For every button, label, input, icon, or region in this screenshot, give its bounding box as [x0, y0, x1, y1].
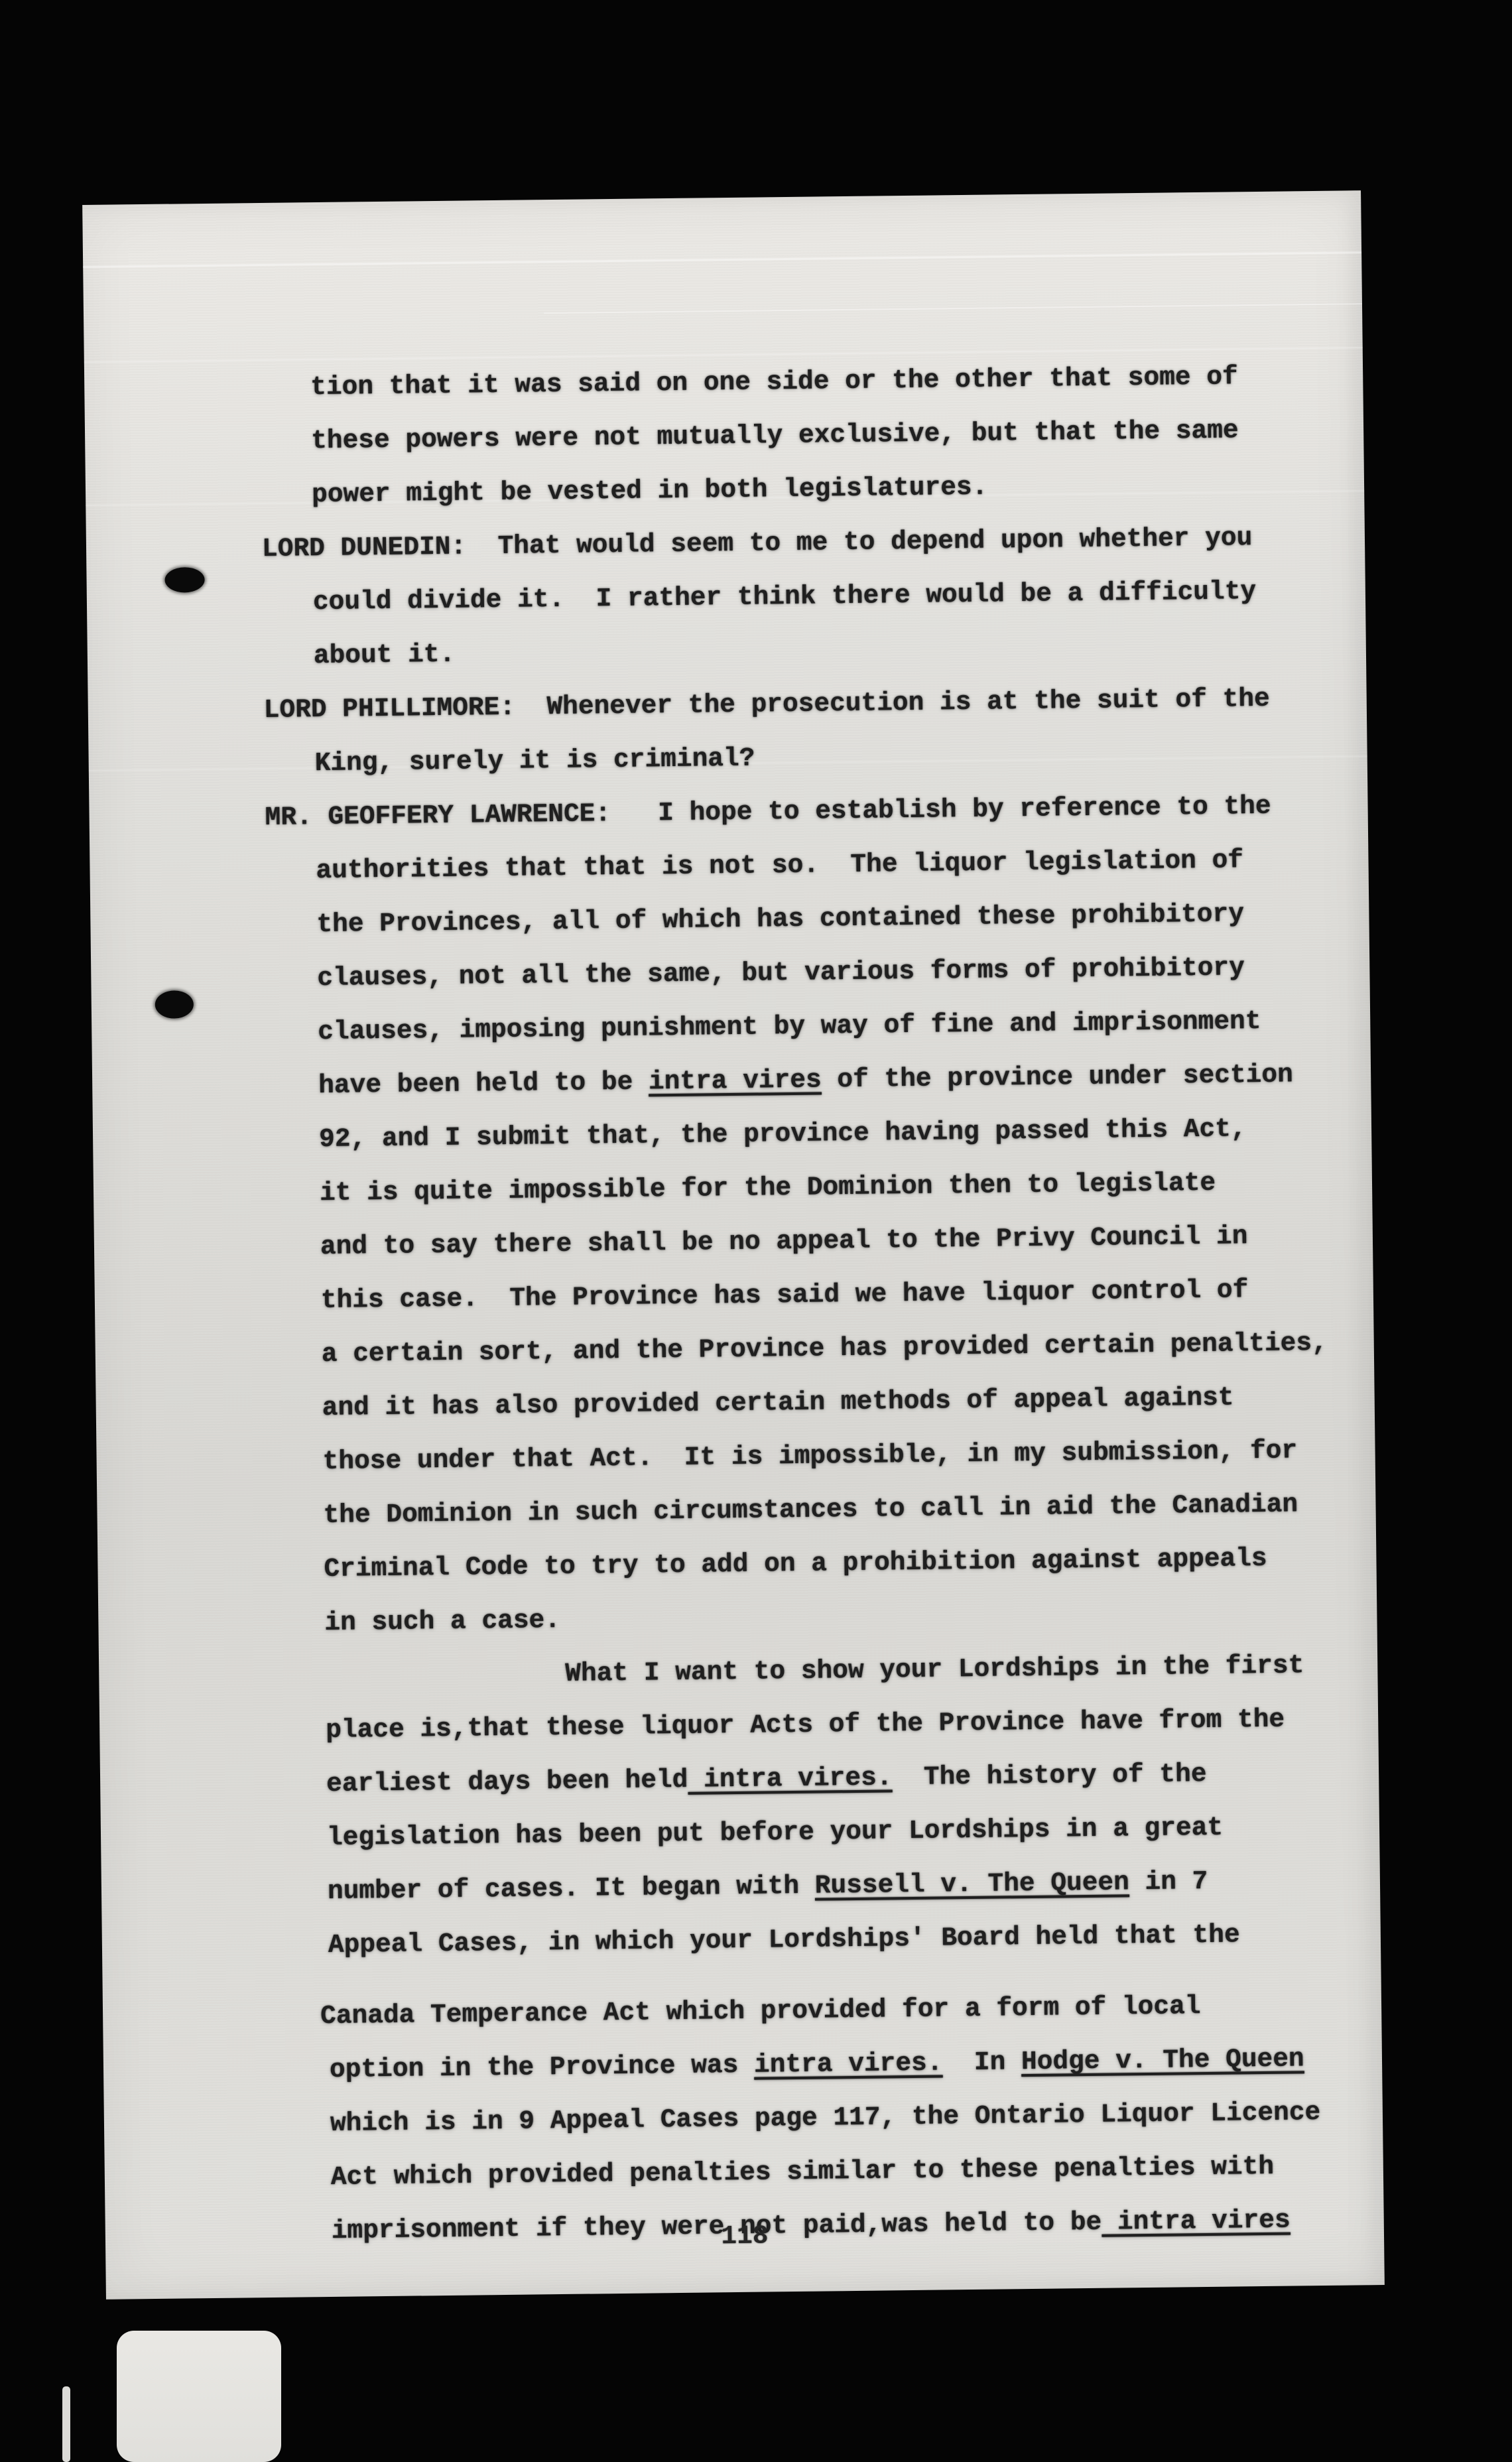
- text-run: The history of the: [892, 1759, 1207, 1792]
- underlined-phrase: Hodge v. The Queen: [1021, 2043, 1304, 2077]
- transcript-line: Appeal Cases, in which your Lordships' B…: [328, 1906, 1381, 1972]
- underlined-phrase: intra vires.: [754, 2048, 943, 2080]
- text-run: Act which provided penalties similar to …: [331, 2152, 1275, 2192]
- text-run: in 7: [1129, 1866, 1208, 1897]
- text-run: authorities that that is not so. The liq…: [316, 845, 1243, 885]
- text-run: and to say there shall be no appeal to t…: [320, 1221, 1248, 1262]
- text-run: which is in 9 Appeal Cases page 117, the…: [330, 2097, 1321, 2138]
- text-run: legislation has been put before your Lor…: [327, 1813, 1224, 1852]
- text-run: In: [942, 2047, 1021, 2077]
- underlined-phrase: Russell v. The Queen: [815, 1867, 1130, 1900]
- text-run: Canada Temperance Act which provided for…: [320, 1991, 1201, 2031]
- underlined-phrase: intra vires.: [688, 1762, 893, 1794]
- text-run: this case. The Province has said we have…: [321, 1275, 1249, 1315]
- transcript-text: tion that it was said on one side or the…: [84, 348, 1384, 2260]
- text-run: in such a case.: [324, 1605, 560, 1638]
- text-run: MR. GEOFFERY LAWRENCE: I hope to establi…: [265, 791, 1271, 832]
- text-run: What I want to show your Lordships in th…: [565, 1650, 1304, 1689]
- text-run: King, surely it is criminal?: [314, 744, 755, 779]
- underlined-phrase: intra vires: [649, 1065, 822, 1096]
- transcript-line: What I want to show your Lordships in th…: [565, 1638, 1378, 1701]
- text-run: 92, and I submit that, the province havi…: [319, 1114, 1247, 1154]
- text-run: a certain sort, and the Province has pro…: [322, 1328, 1328, 1369]
- text-run: could divide it. I rather think there wo…: [313, 576, 1257, 617]
- text-run: power might be vested in both legislatur…: [312, 472, 988, 510]
- text-run: it is quite impossible for the Dominion …: [320, 1168, 1216, 1208]
- text-run: and it has also provided certain methods…: [322, 1382, 1233, 1423]
- text-run: these powers were not mutually exclusive…: [311, 415, 1239, 456]
- paper-edge-sliver: [62, 2386, 70, 2462]
- text-run: about it.: [314, 639, 456, 671]
- scan-streak: [544, 303, 1362, 314]
- text-run: Appeal Cases, in which your Lordships' B…: [328, 1919, 1240, 1960]
- paper-strip: [117, 2331, 281, 2462]
- text-run: tion that it was said on one side or the…: [310, 361, 1238, 402]
- text-run: have been held to be: [318, 1067, 649, 1100]
- text-run: LORD PHILLIMORE: Whenever the prosecutio…: [264, 684, 1270, 725]
- text-run: option in the Province was: [330, 2050, 754, 2085]
- text-run: the Provinces, all of which has containe…: [316, 899, 1244, 939]
- text-run: the Dominion in such circumstances to ca…: [323, 1489, 1298, 1530]
- text-run: clauses, imposing punishment by way of f…: [318, 1006, 1261, 1047]
- text-run: earliest days been held: [326, 1765, 688, 1799]
- scanned-page: tion that it was said on one side or the…: [82, 190, 1385, 2300]
- scanner-background: tion that it was said on one side or the…: [0, 0, 1512, 2462]
- scan-streak: [83, 251, 1361, 268]
- text-run: Criminal Code to try to add on a prohibi…: [324, 1543, 1267, 1584]
- text-run: number of cases. It began with: [328, 1871, 815, 1906]
- text-run: of the province under section: [821, 1059, 1293, 1094]
- text-run: those under that Act. It is impossible, …: [322, 1435, 1297, 1476]
- text-run: place is,that these liquor Acts of the P…: [326, 1705, 1285, 1745]
- text-run: LORD DUNEDIN: That would seem to me to d…: [262, 523, 1253, 564]
- text-run: clauses, not all the same, but various f…: [317, 952, 1245, 993]
